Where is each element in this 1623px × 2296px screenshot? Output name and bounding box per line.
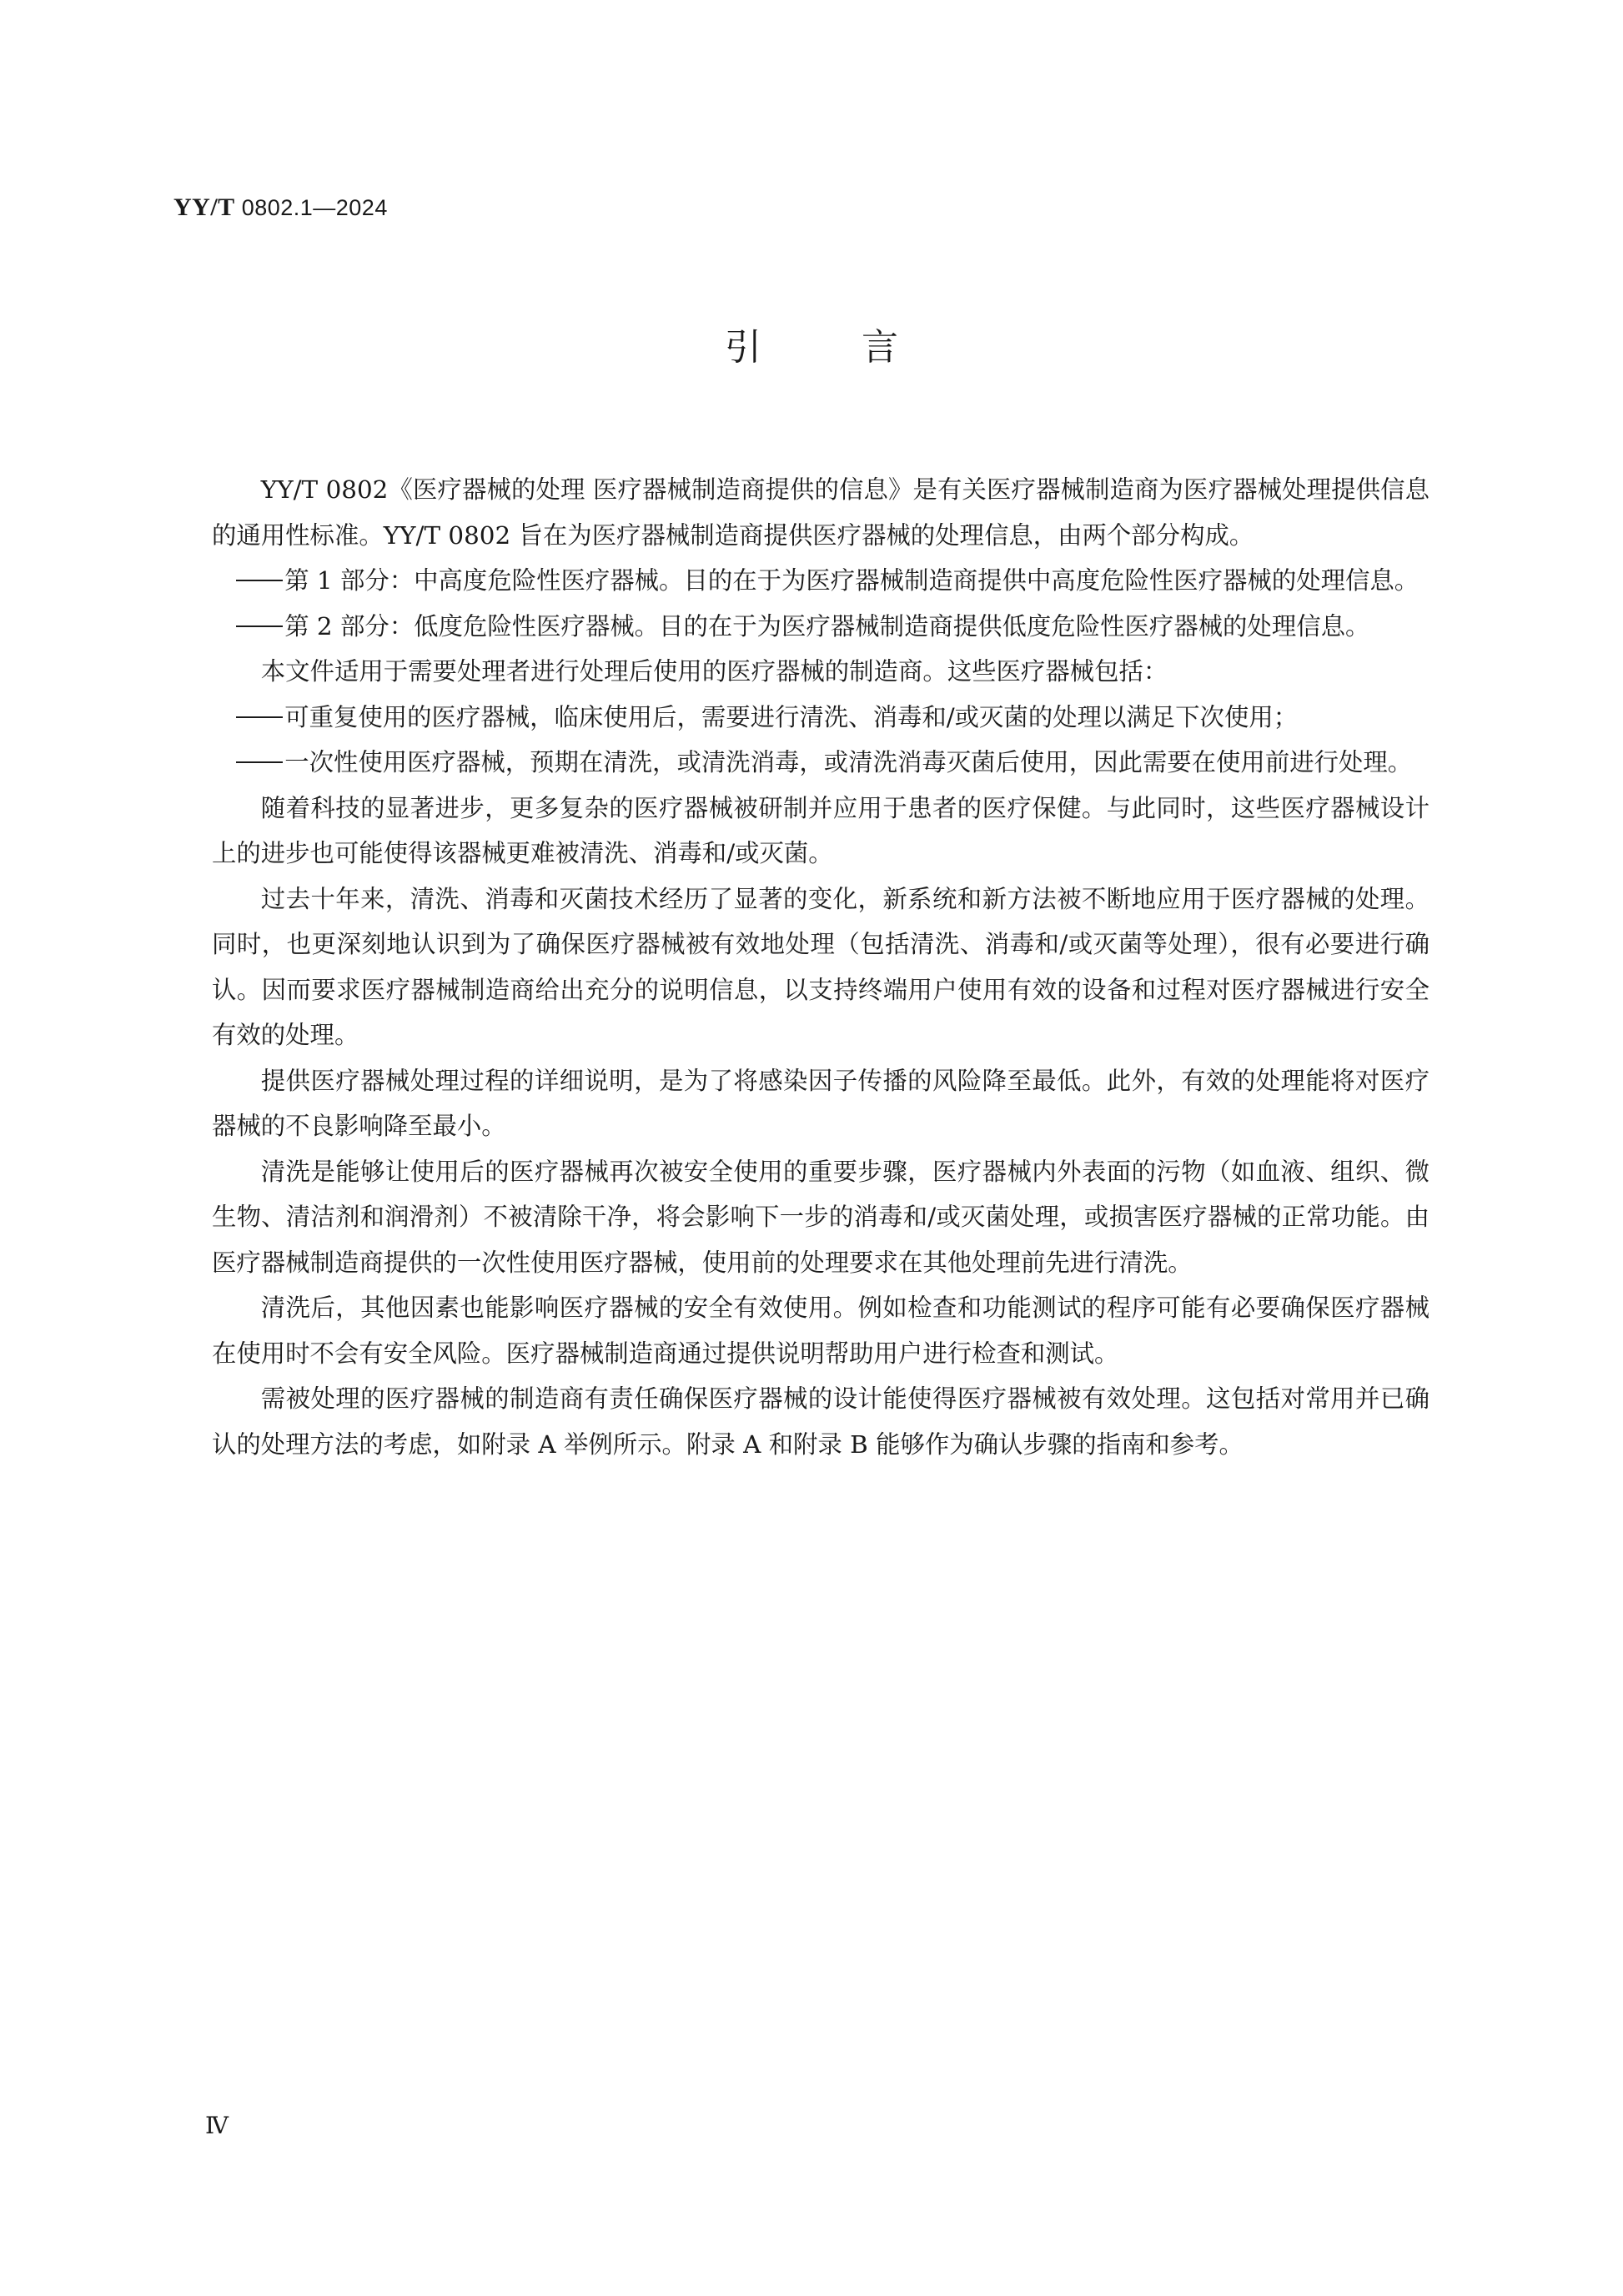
- page-title-char-2: 言: [862, 329, 898, 366]
- paragraph-detailed-instructions: 提供医疗器械处理过程的详细说明，是为了将感染因子传播的风险降至最低。此外，有效的…: [212, 1058, 1430, 1149]
- list-item-single-use-devices: 一次性使用医疗器械，预期在清洗，或清洗消毒，或清洗消毒灭菌后使用，因此需要在使用…: [212, 740, 1430, 786]
- standard-prefix: YY/T: [173, 193, 235, 221]
- introduction-body: YY/T 0802《医疗器械的处理 医疗器械制造商提供的信息》是有关医疗器械制造…: [212, 467, 1430, 1467]
- list-item-text: 一次性使用医疗器械，预期在清洗，或清洗消毒，或清洗消毒灭菌后使用，因此需要在使用…: [284, 748, 1412, 776]
- paragraph-applicability: 本文件适用于需要处理者进行处理后使用的医疗器械的制造商。这些医疗器械包括：: [212, 649, 1430, 695]
- em-dash-marker: [236, 716, 283, 718]
- paragraph-manufacturer-responsibility: 需被处理的医疗器械的制造商有责任确保医疗器械的设计能使得医疗器械被有效处理。这包…: [212, 1376, 1430, 1467]
- standard-code-header: YY/T0802.1—2024: [173, 193, 388, 222]
- page-title-char-1: 引: [725, 329, 761, 366]
- list-item-text: 可重复使用的医疗器械，临床使用后，需要进行清洗、消毒和/或灭菌的处理以满足下次使…: [284, 703, 1298, 731]
- list-item-reusable-devices: 可重复使用的医疗器械，临床使用后，需要进行清洗、消毒和/或灭菌的处理以满足下次使…: [212, 695, 1430, 741]
- standard-number: 0802.1—2024: [242, 195, 388, 220]
- list-item-part-2: 第 2 部分：低度危险性医疗器械。目的在于为医疗器械制造商提供低度危险性医疗器械…: [212, 604, 1430, 650]
- page-title: 引言: [0, 329, 1623, 366]
- list-item-text: 第 2 部分：低度危险性医疗器械。目的在于为医疗器械制造商提供低度危险性医疗器械…: [284, 612, 1369, 641]
- em-dash-marker: [236, 580, 283, 581]
- page-number: Ⅳ: [205, 2112, 229, 2140]
- list-item-part-1: 第 1 部分：中高度危险性医疗器械。目的在于为医疗器械制造商提供中高度危险性医疗…: [212, 558, 1430, 604]
- paragraph-technology-progress: 随着科技的显著进步，更多复杂的医疗器械被研制并应用于患者的医疗保健。与此同时，这…: [212, 786, 1430, 877]
- paragraph-cleaning-importance: 清洗是能够让使用后的医疗器械再次被安全使用的重要步骤，医疗器械内外表面的污物（如…: [212, 1149, 1430, 1286]
- em-dash-marker: [236, 761, 283, 763]
- list-item-text: 第 1 部分：中高度危险性医疗器械。目的在于为医疗器械制造商提供中高度危险性医疗…: [284, 566, 1419, 595]
- paragraph-scope-overview: YY/T 0802《医疗器械的处理 医疗器械制造商提供的信息》是有关医疗器械制造…: [212, 467, 1430, 558]
- em-dash-marker: [236, 625, 283, 627]
- paragraph-past-decade: 过去十年来，清洗、消毒和灭菌技术经历了显著的变化，新系统和新方法被不断地应用于医…: [212, 877, 1430, 1058]
- paragraph-post-cleaning: 清洗后，其他因素也能影响医疗器械的安全有效使用。例如检查和功能测试的程序可能有必…: [212, 1285, 1430, 1376]
